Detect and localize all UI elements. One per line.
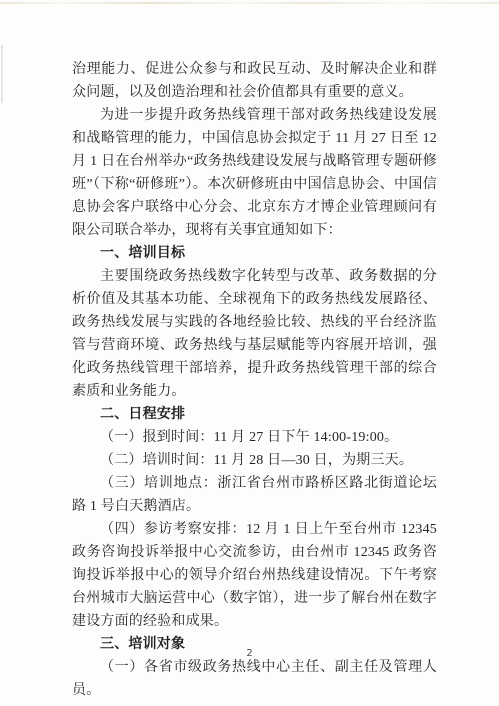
- paragraph-training-location: （三）培训地点：浙江省台州市路桥区路北街道论坛路 1 号白天鹅酒店。: [72, 472, 437, 518]
- document-body: 治理能力、促进公众参与和政民互动、及时解决企业和群众问题，以及创造治理和社会价值…: [72, 58, 437, 702]
- paragraph-training-time: （二）培训时间：11 月 28 日—30 日，为期三天。: [72, 449, 437, 472]
- paragraph-intro: 为进一步提升政务热线管理干部对政务热线建设发展和战略管理的能力，中国信息协会拟定…: [72, 104, 437, 242]
- paragraph-checkin-time: （一）报到时间：11 月 27 日下午 14:00-19:00。: [72, 426, 437, 449]
- scan-edge-artifact-left: [1, 45, 3, 103]
- paragraph-training-goal: 主要围绕政务热线数字化转型与改革、政务数据的分析价值及其基本功能、全球视角下的政…: [72, 265, 437, 403]
- paragraph-continuation: 治理能力、促进公众参与和政民互动、及时解决企业和群众问题，以及创造治理和社会价值…: [72, 58, 437, 104]
- section-heading-training-goal: 一、培训目标: [72, 242, 437, 265]
- paragraph-trainees: （一）各省市级政务热线中心主任、副主任及管理人员。: [72, 656, 437, 702]
- page-number: 2: [0, 648, 499, 659]
- scan-edge-artifact-top: [0, 2, 499, 4]
- paragraph-visit-arrangement: （四）参访考察安排：12 月 1 日上午至台州市 12345 政务咨询投诉举报中…: [72, 518, 437, 633]
- document-page: 治理能力、促进公众参与和政民互动、及时解决企业和群众问题，以及创造治理和社会价值…: [0, 0, 499, 706]
- section-heading-schedule: 二、日程安排: [72, 403, 437, 426]
